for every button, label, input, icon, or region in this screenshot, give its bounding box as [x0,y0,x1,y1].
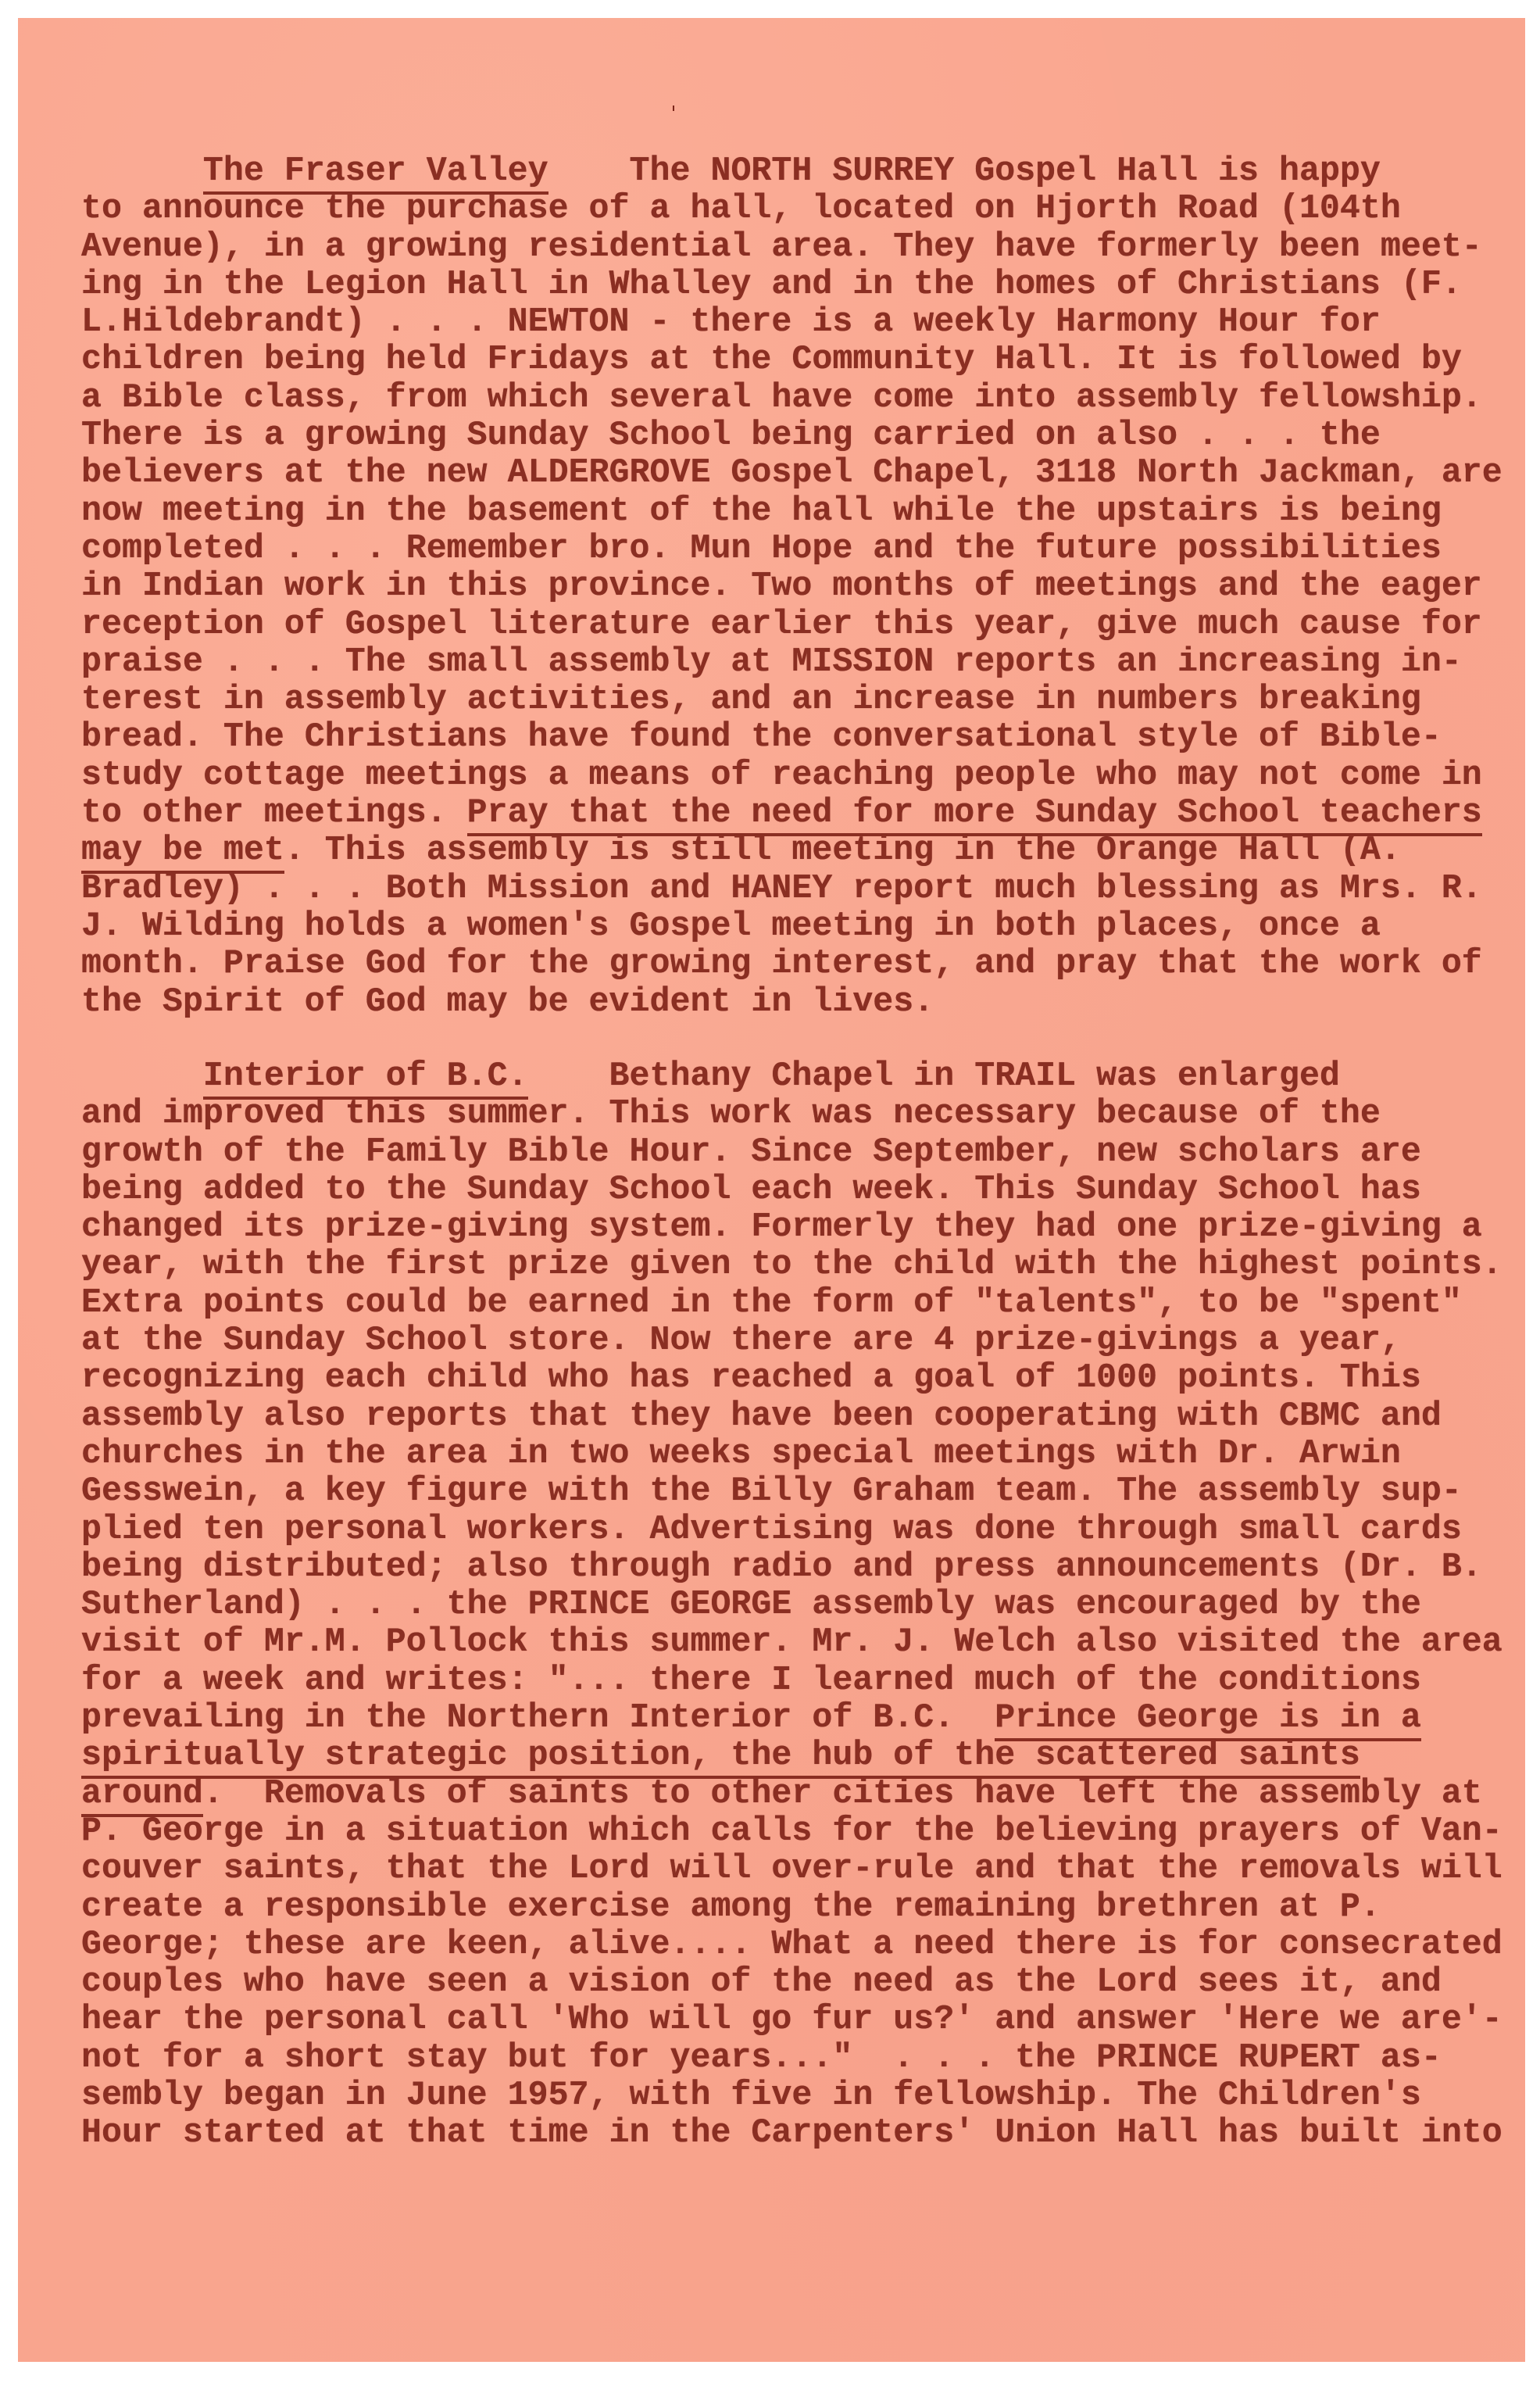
text-line: churches in the area in two weeks specia… [81,1436,1502,1473]
text-line: for a week and writes: "... there I lear… [81,1662,1502,1700]
text-line: at the Sunday School store. Now there ar… [81,1322,1502,1360]
text-segment: The NORTH SURREY Gospel Hall is happy [548,152,1381,191]
text-line: prevailing in the Northern Interior of B… [81,1700,1502,1737]
text-segment: to other meetings. [81,794,467,832]
text-line: couver saints, that the Lord will over-r… [81,1851,1502,1888]
text-line: month. Praise God for the growing intere… [81,946,1502,983]
text-line: now meeting in the basement of the hall … [81,493,1502,531]
text-line: L.Hildebrandt) . . . NEWTON - there is a… [81,304,1502,342]
text-line: children being held Fridays at the Commu… [81,342,1502,379]
text-line: bread. The Christians have found the con… [81,719,1502,757]
text-segment [81,152,203,191]
text-line: praise . . . The small assembly at MISSI… [81,644,1502,682]
text-line: P. George in a situation which calls for… [81,1813,1502,1851]
text-segment: Bethany Chapel in TRAIL was enlarged [528,1057,1340,1096]
section-heading: Interior of B.C. [203,1057,528,1100]
paper-speck [673,106,674,111]
text-line: believers at the new ALDERGROVE Gospel C… [81,455,1502,492]
text-line: being distributed; also through radio an… [81,1549,1502,1587]
text-line: a Bible class, from which several have c… [81,380,1502,417]
text-line: There is a growing Sunday School being c… [81,417,1502,455]
text-line: Sutherland) . . . the PRINCE GEORGE asse… [81,1587,1502,1624]
text-segment: . Removals of saints to other cities hav… [203,1775,1482,1813]
text-line: spiritually strategic position, the hub … [81,1737,1502,1775]
text-line: recognizing each child who has reached a… [81,1360,1502,1397]
underlined-emphasis: Prince George is in a [995,1699,1421,1741]
underlined-emphasis: spiritually strategic position, the hub … [81,1737,1360,1779]
text-line: year, with the first prize given to the … [81,1247,1502,1284]
text-line: Avenue), in a growing residential area. … [81,229,1502,267]
text-line: Bradley) . . . Both Mission and HANEY re… [81,871,1502,908]
text-line: not for a short stay but for years..." .… [81,2040,1502,2077]
section-interior-bc: Interior of B.C. Bethany Chapel in TRAIL… [81,1058,1502,2153]
text-line: changed its prize-giving system. Formerl… [81,1209,1502,1247]
text-line: terest in assembly activities, and an in… [81,682,1502,719]
text-line: George; these are keen, alive.... What a… [81,1927,1502,1964]
section-heading-line: The Fraser Valley The NORTH SURREY Gospe… [81,153,1502,191]
text-line: to announce the purchase of a hall, loca… [81,191,1502,228]
text-line: couples who have seen a vision of the ne… [81,1964,1502,2002]
text-line: reception of Gospel literature earlier t… [81,606,1502,644]
text-line: create a responsible exercise among the … [81,1889,1502,1927]
section-fraser-valley: The Fraser Valley The NORTH SURREY Gospe… [81,153,1502,1021]
underlined-emphasis: may be met [81,832,284,874]
text-line: plied ten personal workers. Advertising … [81,1512,1502,1549]
text-line: study cottage meetings a means of reachi… [81,757,1502,795]
text-line: in Indian work in this province. Two mon… [81,568,1502,606]
text-line: assembly also reports that they have bee… [81,1398,1502,1436]
underlined-emphasis: around [81,1775,203,1817]
text-line: Extra points could be earned in the form… [81,1285,1502,1322]
text-line: growth of the Family Bible Hour. Since S… [81,1134,1502,1172]
text-line: Gesswein, a key figure with the Billy Gr… [81,1473,1502,1511]
text-line: the Spirit of God may be evident in live… [81,984,1502,1021]
text-line: hear the personal call 'Who will go fur … [81,2002,1502,2039]
section-heading: The Fraser Valley [203,152,548,195]
text-line: Hour started at that time in the Carpent… [81,2115,1502,2152]
text-segment: . This assembly is still meeting in the … [284,832,1401,870]
text-line: and improved this summer. This work was … [81,1096,1502,1133]
text-line: around. Removals of saints to other citi… [81,1776,1502,1813]
underlined-emphasis: Pray that the need for more Sunday Schoo… [467,794,1482,836]
section-heading-line: Interior of B.C. Bethany Chapel in TRAIL… [81,1058,1502,1096]
text-segment [81,1057,203,1096]
text-line: J. Wilding holds a women's Gospel meetin… [81,908,1502,946]
text-line: visit of Mr.M. Pollock this summer. Mr. … [81,1624,1502,1662]
text-line: sembly began in June 1957, with five in … [81,2077,1502,2115]
text-line: to other meetings. Pray that the need fo… [81,795,1502,832]
text-line: completed . . . Remember bro. Mun Hope a… [81,531,1502,568]
text-line: being added to the Sunday School each we… [81,1172,1502,1209]
text-line: ing in the Legion Hall in Whalley and in… [81,267,1502,304]
text-segment: prevailing in the Northern Interior of B… [81,1699,995,1737]
text-line: may be met. This assembly is still meeti… [81,832,1502,870]
